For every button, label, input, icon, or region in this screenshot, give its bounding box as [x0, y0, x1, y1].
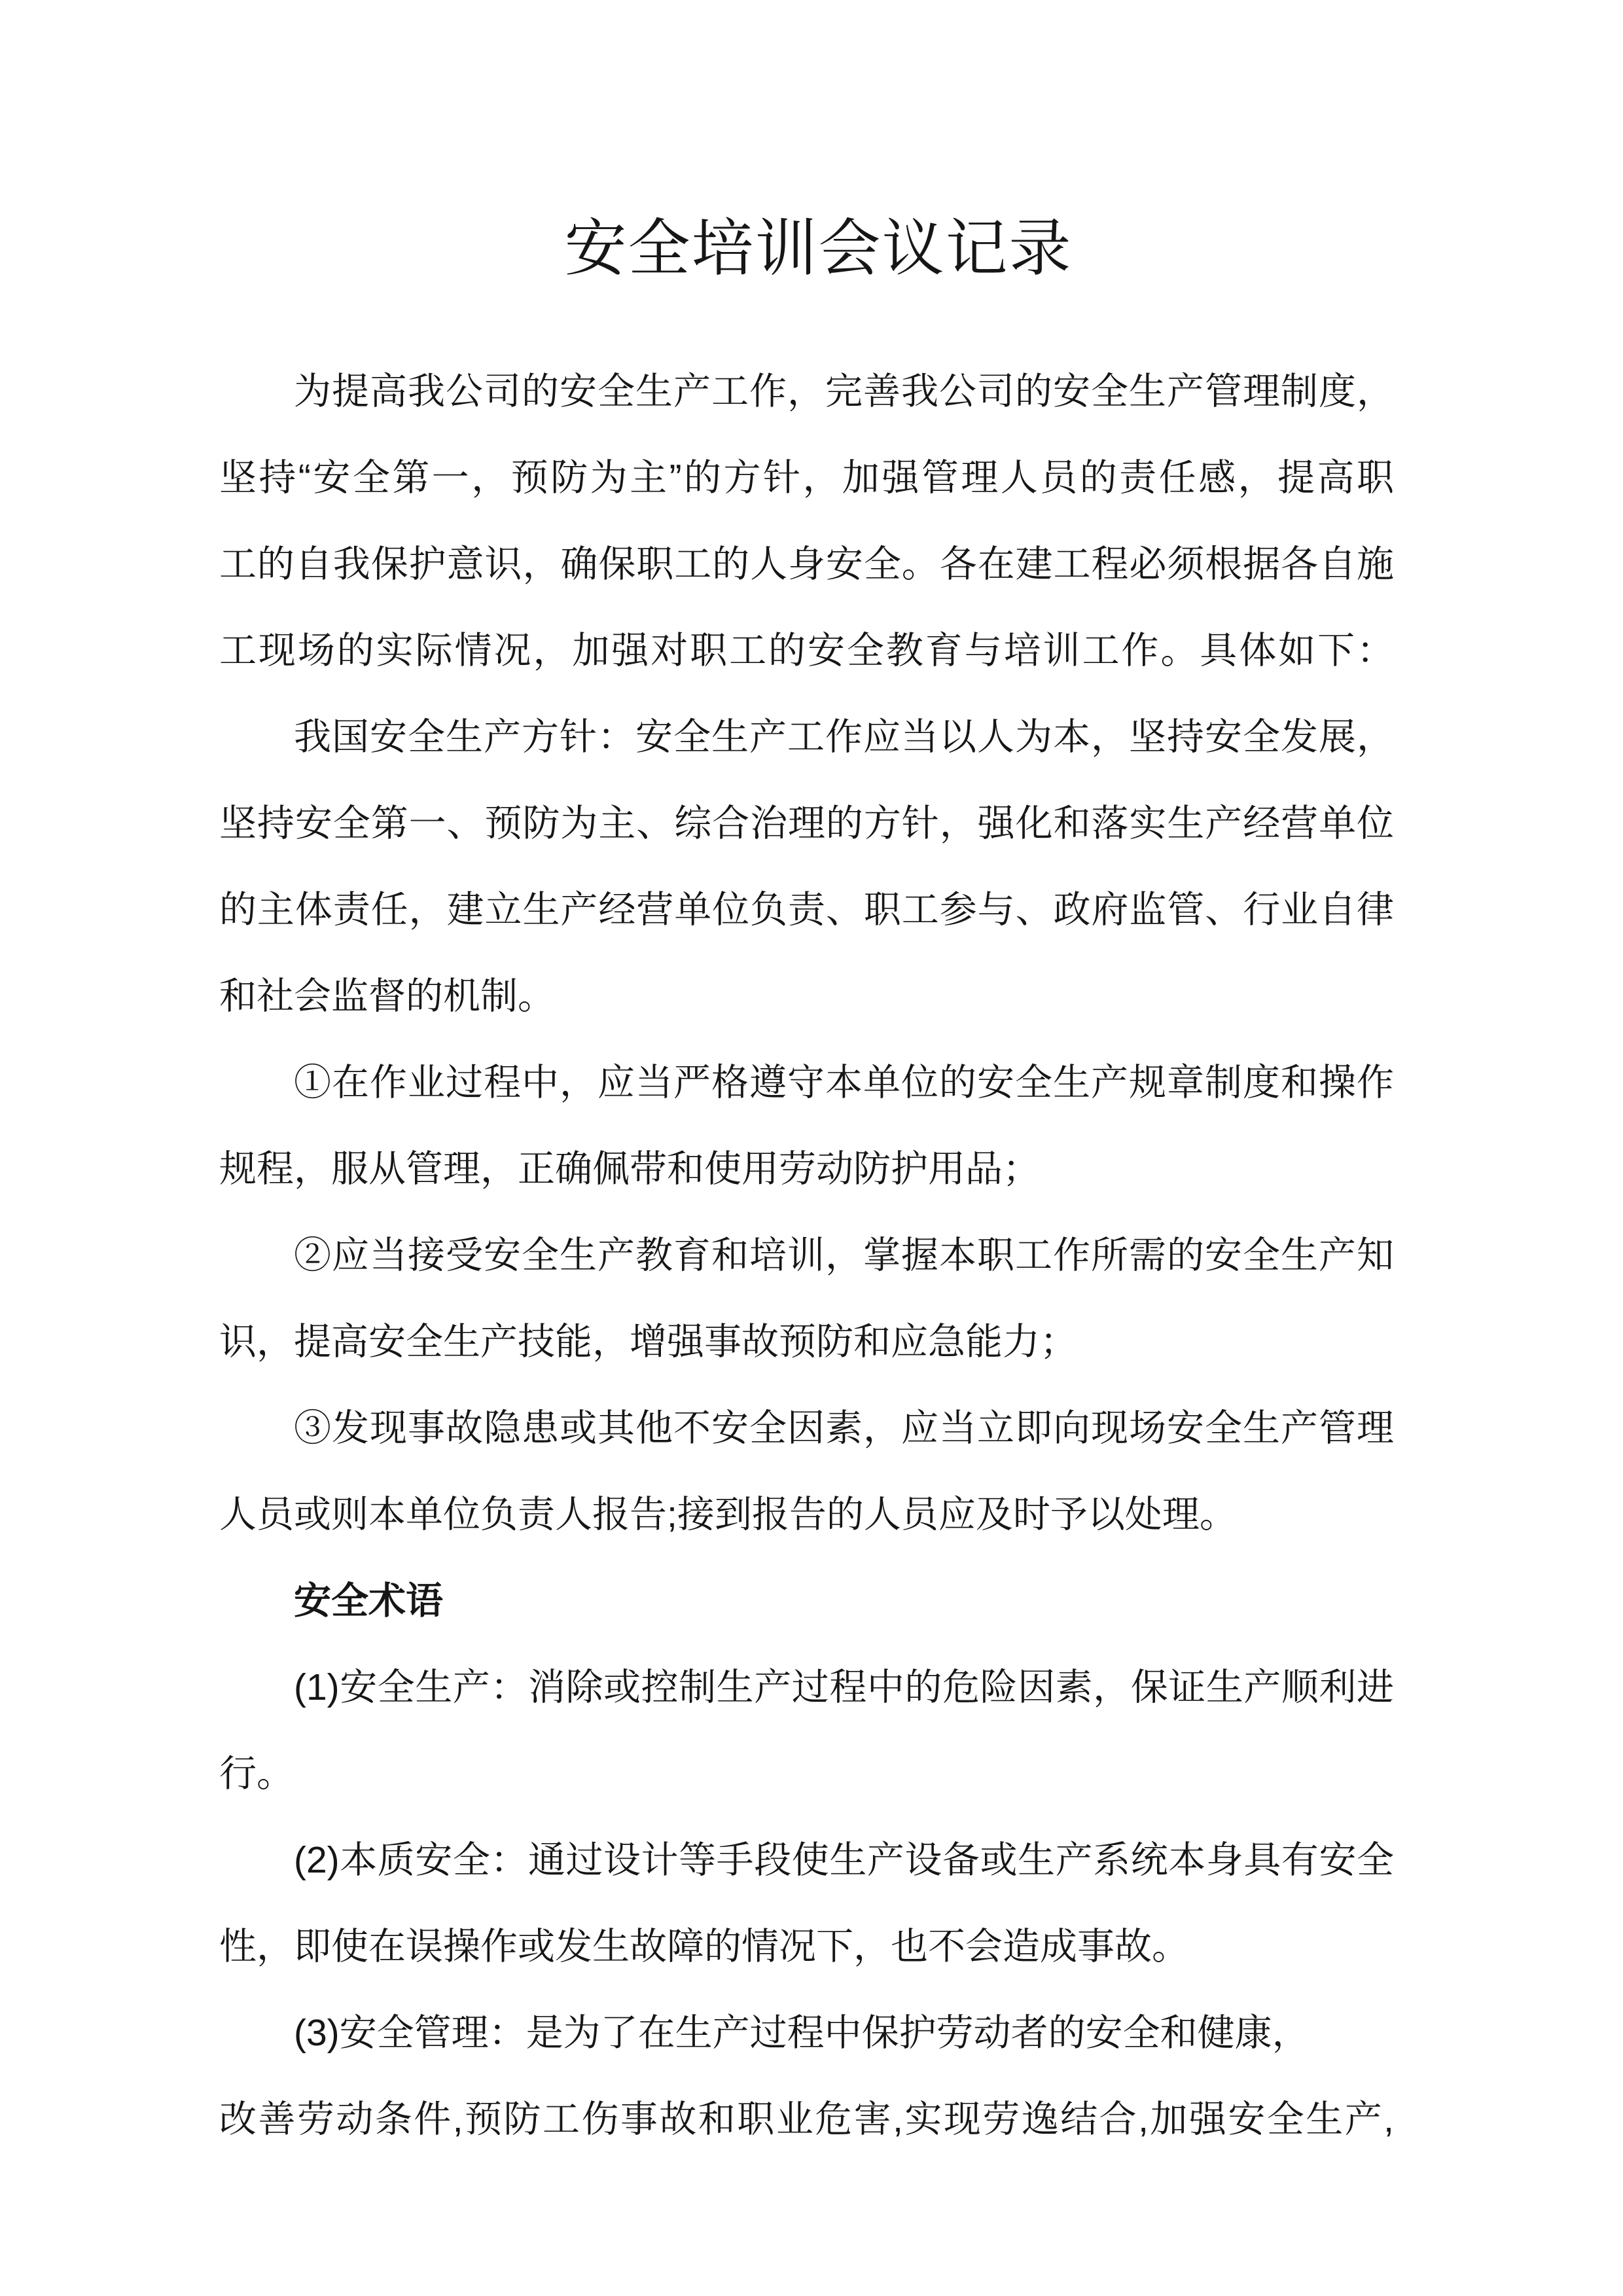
text-line-5: 我国安全生产方针：安全生产工作应当以人为本，坚持安全发展， [219, 694, 1394, 780]
text-line-8: 和社会监督的机制。 [219, 953, 1394, 1039]
text-line-20: (3)安全管理：是为了在生产过程中保护劳动者的安全和健康， [219, 1990, 1394, 2076]
text-line-6: 坚持安全第一、预防为主、综合治理的方针，强化和落实生产经营单位 [219, 780, 1394, 867]
text-line-21: 改善劳动条件,预防工伤事故和职业危害,实现劳逸结合,加强安全生产, [219, 2076, 1394, 2162]
text-line-17: 行。 [219, 1731, 1394, 1817]
text-line-9: ①在作业过程中，应当严格遵守本单位的安全生产规章制度和操作 [219, 1039, 1394, 1126]
text-line-11: ②应当接受安全生产教育和培训，掌握本职工作所需的安全生产知 [219, 1212, 1394, 1299]
text-line-19: 性，即使在误操作或发生故障的情况下，也不会造成事故。 [219, 1903, 1394, 1990]
text-line-12: 识，提高安全生产技能，增强事故预防和应急能力； [219, 1299, 1394, 1385]
document-page: 安全培训会议记录 为提高我公司的安全生产工作，完善我公司的安全生产管理制度，坚持… [0, 0, 1623, 2296]
text-line-2: 坚持“安全第一，预防为主”的方针，加强管理人员的责任感，提高职 [219, 435, 1394, 521]
text-line-15: 安全术语 [219, 1558, 1394, 1644]
text-line-1: 为提高我公司的安全生产工作，完善我公司的安全生产管理制度， [219, 348, 1394, 435]
text-line-10: 规程，服从管理，正确佩带和使用劳动防护用品； [219, 1126, 1394, 1212]
text-line-3: 工的自我保护意识，确保职工的人身安全。各在建工程必须根据各自施 [219, 521, 1394, 607]
text-line-4: 工现场的实际情况，加强对职工的安全教育与培训工作。具体如下： [219, 607, 1394, 694]
text-line-14: 人员或则本单位负责人报告;接到报告的人员应及时予以处理。 [219, 1471, 1394, 1558]
document-body: 为提高我公司的安全生产工作，完善我公司的安全生产管理制度，坚持“安全第一，预防为… [219, 348, 1394, 2162]
text-line-13: ③发现事故隐患或其他不安全因素，应当立即向现场安全生产管理 [219, 1385, 1394, 1471]
text-line-18: (2)本质安全：通过设计等手段使生产设备或生产系统本身具有安全 [219, 1817, 1394, 1903]
text-line-7: 的主体责任，建立生产经营单位负责、职工参与、政府监管、行业自律 [219, 867, 1394, 953]
text-line-16: (1)安全生产：消除或控制生产过程中的危险因素，保证生产顺利进 [219, 1644, 1394, 1731]
document-title: 安全培训会议记录 [219, 206, 1394, 291]
